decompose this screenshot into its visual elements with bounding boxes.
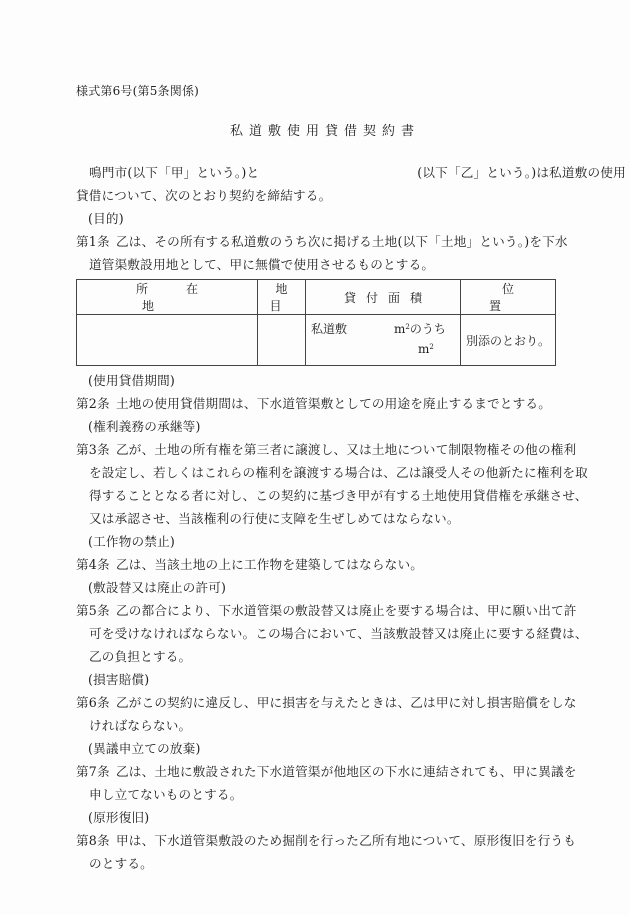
header-loan-area: 貸付面積 xyxy=(306,280,461,315)
preamble-party-a: 鳴門市(以下「甲」という。)と xyxy=(89,165,259,180)
header-location-label: 所在地 xyxy=(98,282,236,313)
article-3-line-1: 第3条乙が、土地の所有権を第三者に譲渡し、又は土地について制限物権その他の権利 xyxy=(76,438,556,461)
article-4-text: 乙は、当該土地の上に工作物を建築してはならない。 xyxy=(116,557,423,572)
area-unit-2-sup: 2 xyxy=(429,343,433,351)
article-3-number: 第3条 xyxy=(76,438,116,461)
article-8-line-1: 第8条甲は、下水道管渠敷設のため掘削を行った乙所有地について、原形復旧を行うも xyxy=(76,829,556,852)
article-5-line-3: 乙の負担とする。 xyxy=(76,645,556,668)
article-2-caption: (使用貸借期間) xyxy=(76,369,556,392)
article-8-text: 甲は、下水道管渠敷設のため掘削を行った乙所有地について、原形復旧を行うも xyxy=(116,833,576,848)
article-8-caption: (原形復旧) xyxy=(76,806,556,829)
area-unit-2: m2 xyxy=(418,342,434,356)
article-6-text: 乙がこの契約に違反し、甲に損害を与えたときは、乙は甲に対し損害賠償をしな xyxy=(116,695,577,710)
area-unit-1: m2のうち xyxy=(394,320,446,337)
article-1-line-1: 第1条乙は、その所有する私道敷のうち次に掲げる土地(以下「土地」という。)を下水 xyxy=(76,230,556,253)
land-table: 所在地 地目 貸付面積 位置 私道敷 m2のうち m2 別添のとおり。 xyxy=(76,279,556,366)
article-5-text: 乙の都合により、下水道管渠の敷設替又は廃止を要する場合は、甲に願い出て許 xyxy=(116,603,577,618)
cell-location xyxy=(77,315,258,366)
article-2-number: 第2条 xyxy=(76,392,116,415)
preamble-party-b: (以下「乙」という。)は私道敷の使用 xyxy=(417,165,626,180)
area-prefix: 私道敷 xyxy=(311,320,347,337)
article-5-caption: (敷設替又は廃止の許可) xyxy=(76,576,556,599)
article-3-line-3: 得することとなる者に対し、この契約に基づき甲が有する土地使用貸借権を承継させ、 xyxy=(76,484,556,507)
article-3-caption: (権利義務の承継等) xyxy=(76,415,556,438)
header-loan-area-label: 貸付面積 xyxy=(334,291,432,305)
header-land-category-label: 地目 xyxy=(263,282,299,313)
cell-position: 別添のとおり。 xyxy=(461,315,556,366)
article-5-number: 第5条 xyxy=(76,599,116,622)
preamble-line-2: 貸借について、次のとおり契約を締結する。 xyxy=(76,184,556,207)
article-6-caption: (損害賠償) xyxy=(76,668,556,691)
contract-document: 様式第6号(第5条関係) 私道敷使用貸借契約書 鳴門市(以下「甲」という。)と(… xyxy=(76,84,556,875)
cell-loan-area: 私道敷 m2のうち m2 xyxy=(306,315,461,366)
article-6-line-2: ければならない。 xyxy=(76,714,556,737)
document-title: 私道敷使用貸借契約書 xyxy=(76,121,556,143)
form-number: 様式第6号(第5条関係) xyxy=(76,84,556,107)
article-3-text: 乙が、土地の所有権を第三者に譲渡し、又は土地について制限物権その他の権利 xyxy=(116,442,576,457)
article-3-line-4: 又は承認させ、当該権利の行使に支障を生ぜしめてはならない。 xyxy=(76,507,556,530)
article-1-caption: (目的) xyxy=(76,207,556,230)
article-2-text: 土地の使用貸借期間は、下水道管渠敷としての用途を廃止するまでとする。 xyxy=(116,396,551,411)
header-location: 所在地 xyxy=(77,280,258,315)
article-1-number: 第1条 xyxy=(76,230,116,253)
header-position-label: 位置 xyxy=(476,282,540,313)
article-8-line-2: のとする。 xyxy=(76,852,556,875)
article-5-line-2: 可を受けなければならない。この場合において、当該敷設替又は廃止に要する経費は、 xyxy=(76,622,556,645)
article-5-line-1: 第5条乙の都合により、下水道管渠の敷設替又は廃止を要する場合は、甲に願い出て許 xyxy=(76,599,556,622)
article-8-number: 第8条 xyxy=(76,829,116,852)
article-1-text: 乙は、その所有する私道敷のうち次に掲げる土地(以下「土地」という。)を下水 xyxy=(116,234,568,249)
article-4-line-1: 第4条乙は、当該土地の上に工作物を建築してはならない。 xyxy=(76,553,556,576)
area-unit-2-m: m xyxy=(418,342,429,356)
header-land-category: 地目 xyxy=(258,280,306,315)
article-1-line-2: 道管渠敷設用地として、甲に無償で使用させるものとする。 xyxy=(76,253,556,276)
article-4-caption: (工作物の禁止) xyxy=(76,530,556,553)
header-position: 位置 xyxy=(461,280,556,315)
land-table-header-row: 所在地 地目 貸付面積 位置 xyxy=(77,280,556,315)
article-7-line-2: 申し立てないものとする。 xyxy=(76,783,556,806)
article-6-line-1: 第6条乙がこの契約に違反し、甲に損害を与えたときは、乙は甲に対し損害賠償をしな xyxy=(76,691,556,714)
article-7-number: 第7条 xyxy=(76,760,116,783)
area-unit-1-m: m xyxy=(394,322,405,336)
cell-land-category xyxy=(258,315,306,366)
land-table-row: 私道敷 m2のうち m2 別添のとおり。 xyxy=(77,315,556,366)
article-7-text: 乙は、土地に敷設された下水道管渠が他地区の下水に連結されても、甲に異議を xyxy=(116,764,577,779)
article-7-caption: (異議申立ての放棄) xyxy=(76,737,556,760)
area-suffix: のうち xyxy=(410,322,446,336)
article-3-line-2: を設定し、若しくはこれらの権利を譲渡する場合は、乙は譲受人その他新たに権利を取 xyxy=(76,461,556,484)
article-6-number: 第6条 xyxy=(76,691,116,714)
preamble-line-1: 鳴門市(以下「甲」という。)と(以下「乙」という。)は私道敷の使用 xyxy=(76,161,556,184)
article-2-line-1: 第2条土地の使用貸借期間は、下水道管渠敷としての用途を廃止するまでとする。 xyxy=(76,392,556,415)
article-4-number: 第4条 xyxy=(76,553,116,576)
article-7-line-1: 第7条乙は、土地に敷設された下水道管渠が他地区の下水に連結されても、甲に異議を xyxy=(76,760,556,783)
